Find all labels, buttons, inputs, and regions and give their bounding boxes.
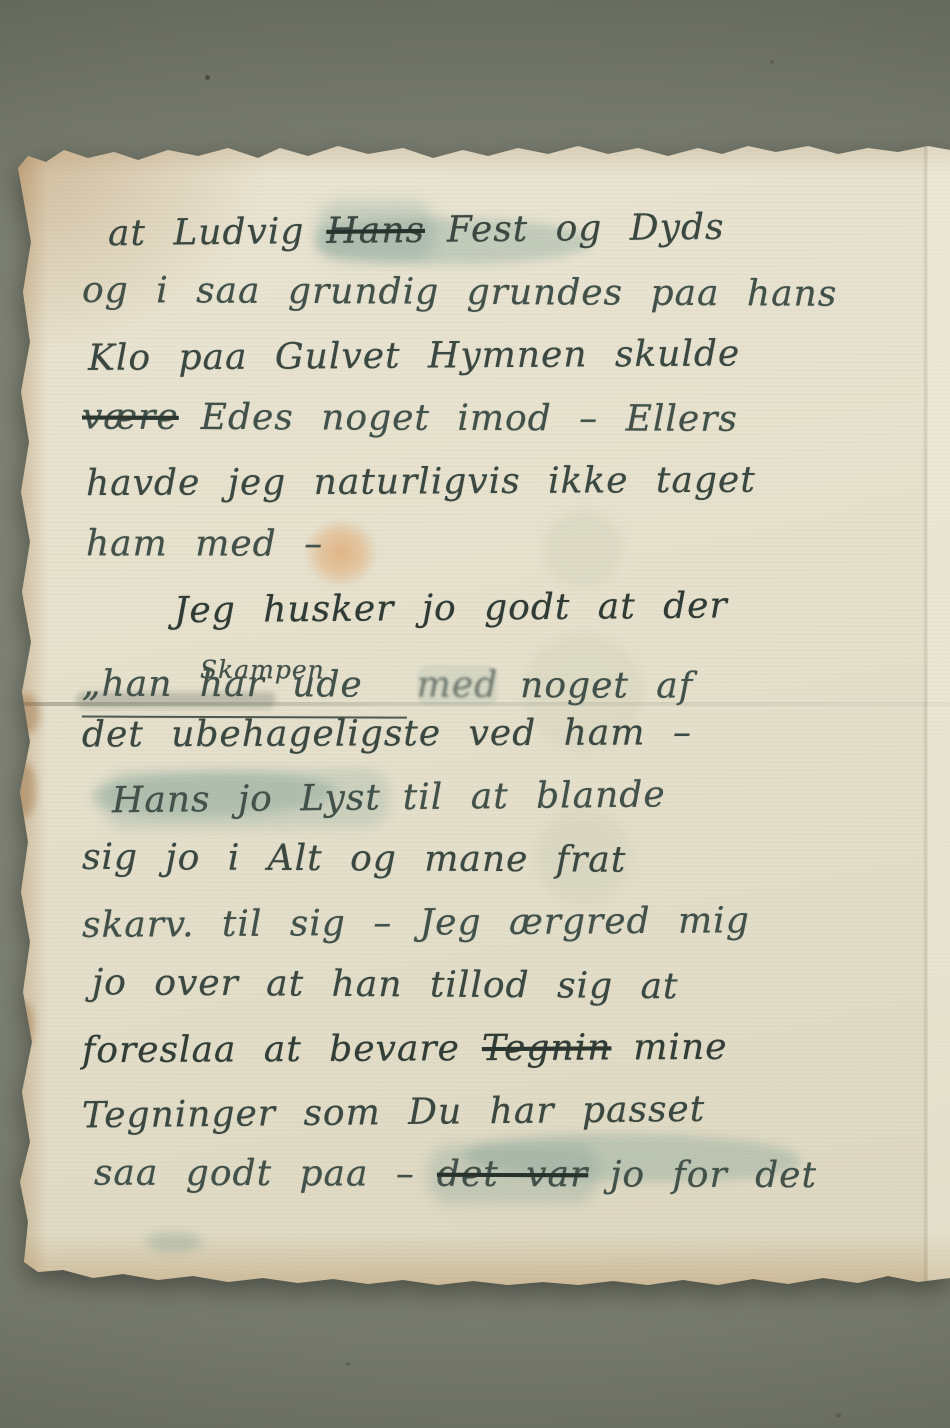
- word-segment: Tegnin: [482, 1027, 612, 1069]
- word-segment: mine: [633, 1027, 727, 1068]
- handwriting-line: væreEdes noget imod – Ellers: [82, 386, 912, 452]
- handwriting-line: Hans jo Lysttil at blande: [112, 761, 913, 832]
- dust-speck: [836, 1413, 841, 1418]
- word-segment: at Ludvig: [108, 211, 305, 254]
- handwriting-line: skarv. til sig – Jeg ærgred mig: [82, 888, 912, 957]
- manuscript-sheet: at LudvigHansFest og Dydsog i saa grundi…: [18, 142, 950, 1285]
- word-segment: sig jo i Alt og mane frat: [82, 837, 627, 881]
- handwriting-line: jo over at han tillod sig at: [92, 951, 912, 1020]
- word-segment: Hans: [326, 210, 425, 252]
- word-segment: ham med –: [86, 523, 323, 564]
- word-segment: være: [82, 397, 179, 438]
- teal-ink-smudge: [146, 1232, 202, 1252]
- word-segment: Edes noget imod – Ellers: [201, 397, 738, 440]
- word-segment: og i saa grundig grundes paa hans: [82, 270, 837, 315]
- handwriting-line: Tegninger som Du har passet: [82, 1076, 913, 1148]
- word-segment: det var: [437, 1154, 588, 1196]
- handwriting-line: at LudvigHansFest og Dyds: [108, 194, 913, 265]
- handwriting-line: Jeg husker jo godt at der: [174, 573, 913, 642]
- manuscript-page: at LudvigHansFest og Dydsog i saa grundi…: [18, 142, 950, 1285]
- handwriting-line: havde jeg naturligvis ikke taget: [86, 448, 912, 515]
- word-segment: jo over at han tillod sig at: [92, 962, 679, 1007]
- word-segment: havde jeg naturligvis ikke taget: [86, 460, 756, 505]
- fold-panel-right: [928, 142, 950, 1285]
- word-segment: Klo paa Gulvet Hymnen skulde: [88, 333, 741, 379]
- handwriting-line: ham med –: [86, 512, 912, 576]
- word-segment: det ubehageligste ved ham –: [82, 712, 692, 755]
- word-segment: Tegninger som Du har passet: [82, 1089, 706, 1137]
- word-segment: Fest og Dyds: [447, 207, 725, 251]
- edge-stain: [14, 1002, 34, 1048]
- handwriting-line: og i saa grundig grundes paa hans: [82, 259, 912, 326]
- dust-speck: [345, 1362, 351, 1366]
- edge-stain: [14, 694, 40, 734]
- handwriting-line: foreslaa at bevareTegninmine: [82, 1015, 912, 1082]
- handwriting-line: det ubehageligste ved ham –: [82, 701, 912, 767]
- aged-edge-top: [18, 142, 950, 176]
- handwriting-lines: at LudvigHansFest og Dydsog i saa grundi…: [82, 198, 912, 1206]
- vertical-fold-crease: [923, 142, 928, 1285]
- edge-stain: [12, 762, 36, 818]
- scan-background: at LudvigHansFest og Dydsog i saa grundi…: [0, 0, 950, 1428]
- handwriting-line: saa godt paa –det varjo for det: [94, 1142, 912, 1208]
- dust-speck: [770, 60, 774, 64]
- word-segment: foreslaa at bevare: [82, 1028, 460, 1071]
- word-segment: til at blande: [403, 774, 666, 818]
- word-segment: Hans jo Lyst: [112, 777, 381, 821]
- word-segment: saa godt paa –: [94, 1153, 415, 1195]
- word-segment: med: [417, 665, 499, 706]
- word-segment: Jeg husker jo godt at der: [174, 585, 728, 631]
- handwriting-line: Skampen„han har udemednoget af: [82, 638, 912, 704]
- word-segment: skarv. til sig – Jeg ærgred mig: [82, 900, 750, 946]
- handwriting-line: Klo paa Gulvet Hymnen skulde: [88, 321, 912, 390]
- dust-speck: [205, 75, 210, 80]
- handwriting-line: sig jo i Alt og mane frat: [82, 826, 912, 893]
- word-segment: jo for det: [610, 1154, 817, 1196]
